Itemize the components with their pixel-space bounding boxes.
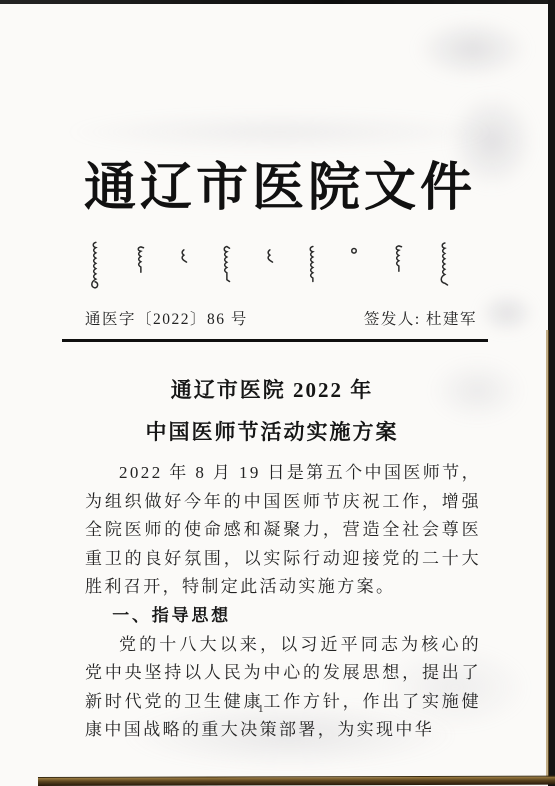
scan-edge-bottom-band xyxy=(38,776,555,786)
scan-edge-top xyxy=(0,0,555,4)
scan-smudge xyxy=(478,292,536,334)
agency-header-title: 通辽市医院文件 xyxy=(84,160,484,218)
body-paragraph-2: 党的十八大以来，以习近平同志为核心的党中央坚持以人民为中心的发展思想，提出了新时… xyxy=(85,631,481,745)
document-title-line1: 通辽市医院 2022 年 xyxy=(72,369,472,411)
mongolian-glyph xyxy=(391,242,405,276)
mongolian-glyph xyxy=(219,242,233,286)
scanned-document-page: 通辽市医院文件 通医字〔2022〕86 号 xyxy=(0,0,555,786)
header-divider-line xyxy=(62,339,488,342)
mongolian-glyph xyxy=(305,242,319,286)
page-number: 1 xyxy=(258,703,264,715)
mongolian-glyph xyxy=(133,243,147,277)
reference-number: 通医字〔2022〕86 号 xyxy=(85,307,248,329)
scan-edge-right-tint xyxy=(546,330,549,780)
reference-row: 通医字〔2022〕86 号 签发人: 杜建军 xyxy=(85,307,477,329)
scan-edge-right xyxy=(548,0,555,786)
section-heading-1: 一、指导思想 xyxy=(85,602,481,631)
signer-name: 签发人: 杜建军 xyxy=(364,307,477,329)
scan-smudge xyxy=(415,18,530,80)
body-paragraph-1: 2022 年 8 月 19 日是第五个中国医师节，为组织做好今年的中国医师节庆祝… xyxy=(85,459,481,602)
scan-smudge xyxy=(60,112,500,152)
document-body: 2022 年 8 月 19 日是第五个中国医师节，为组织做好今年的中国医师节庆祝… xyxy=(85,459,481,745)
document-title-line2: 中国医师节活动实施方案 xyxy=(72,411,472,453)
mongolian-glyph xyxy=(262,247,276,265)
mongolian-glyph xyxy=(437,238,451,290)
mongolian-glyph xyxy=(176,247,190,265)
mongolian-glyph xyxy=(88,237,102,295)
document-title: 通辽市医院 2022 年 中国医师节活动实施方案 xyxy=(72,369,472,453)
mongolian-glyph xyxy=(348,246,360,256)
